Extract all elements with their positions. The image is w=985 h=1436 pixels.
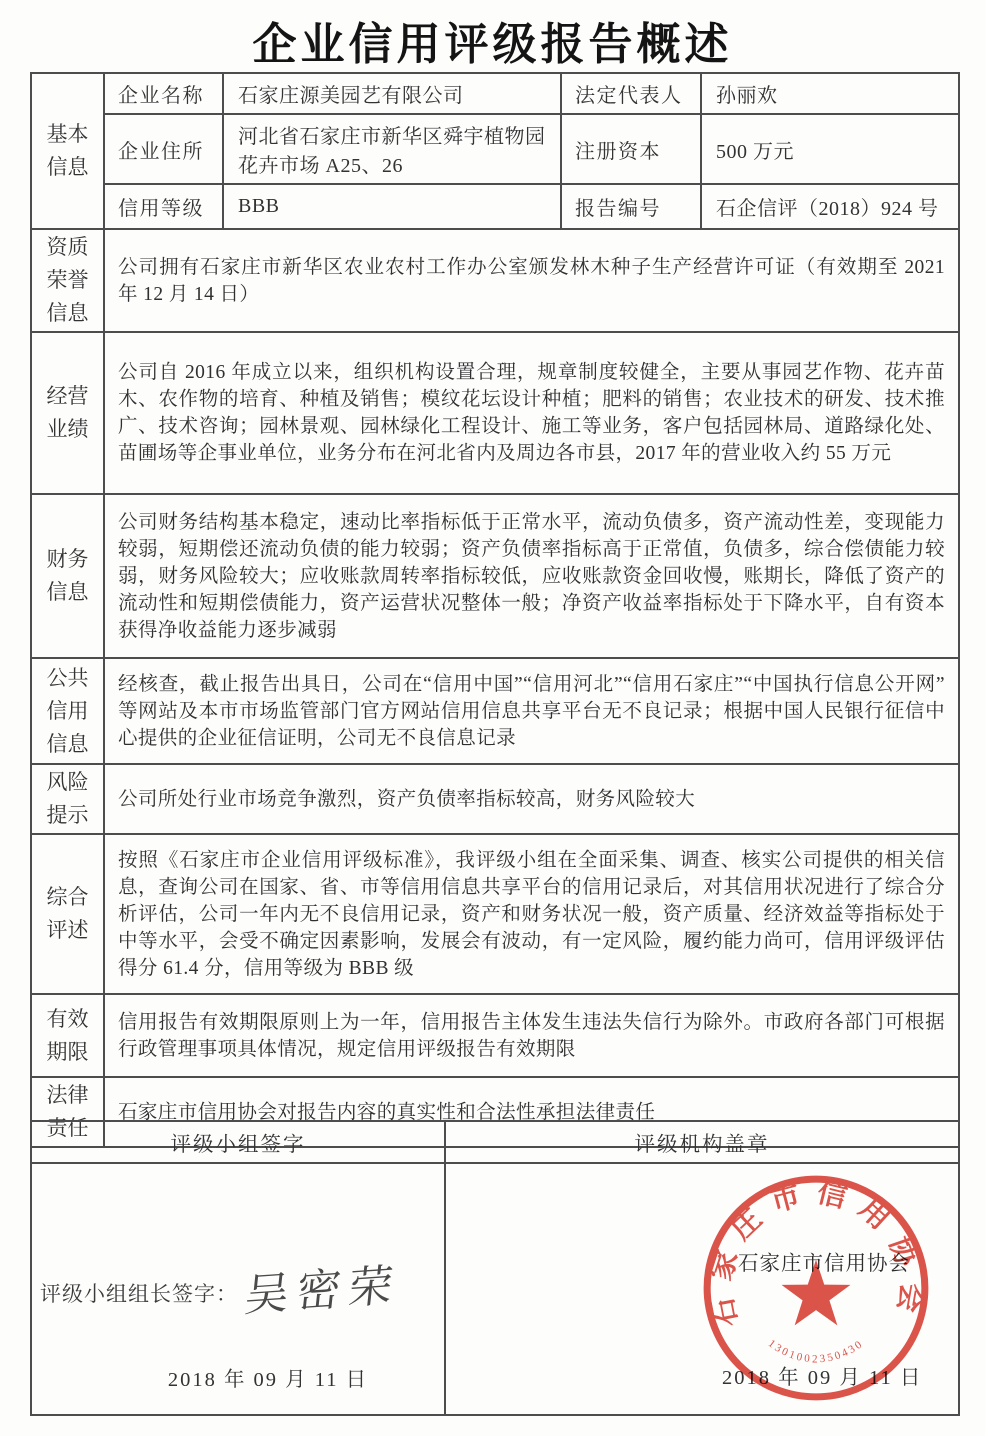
section-content-honors: 公司拥有石家庄市新华区农业农村工作办公室颁发林木种子生产经营许可证（有效期至 2…: [104, 229, 959, 332]
table-row: 综合评述 按照《石家庄市企业信用评级标准》，我评级小组在全面采集、调查、核实公司…: [31, 834, 959, 994]
cell-legal-rep: 孙丽欢: [701, 73, 959, 114]
section-label-honors: 资质荣誉信息: [31, 229, 104, 332]
table-row: 信用等级 BBB 报告编号 石企信评（2018）924 号: [31, 184, 959, 229]
page-title: 企业信用评级报告概述: [0, 0, 985, 72]
table-row: 经营业绩 公司自 2016 年成立以来，组织机构设置合理，规章制度较健全，主要从…: [31, 332, 959, 494]
table-row: 企业住所 河北省石家庄市新华区舜宇植物园花卉市场 A25、26 注册资本 500…: [31, 114, 959, 184]
table-row: 评级小组组长签字：吴密荣 2018 年 09 月 11 日 石家庄市信用协会 2…: [31, 1163, 959, 1415]
leader-signature-label: 评级小组组长签字：: [40, 1282, 238, 1306]
field-legal-rep-label: 法定代表人: [561, 73, 701, 114]
field-address-label: 企业住所: [104, 114, 223, 184]
stamp-group: 石家庄市信用协会 1301002350430: [704, 1174, 929, 1396]
cell-rating: BBB: [223, 184, 561, 229]
cell-capital: 500 万元: [701, 114, 959, 184]
table-row: 风险提示 公司所处行业市场竞争激烈，资产负债率指标较高，财务风险较大: [31, 764, 959, 834]
field-rating-label: 信用等级: [104, 184, 223, 229]
official-red-stamp: 石家庄市信用协会 1301002350430: [690, 1162, 942, 1414]
section-content-overall: 按照《石家庄市企业信用评级标准》，我评级小组在全面采集、调查、核实公司提供的相关…: [104, 834, 959, 994]
cell-report-no: 石企信评（2018）924 号: [701, 184, 959, 229]
stamp-code-text: 1301002350430: [766, 1337, 866, 1365]
section-content-performance: 公司自 2016 年成立以来，组织机构设置合理，规章制度较健全，主要从事园艺作物…: [104, 332, 959, 494]
cell-address: 河北省石家庄市新华区舜宇植物园花卉市场 A25、26: [223, 114, 561, 184]
section-label-basic-info: 基本信息: [31, 73, 104, 229]
signature-table: 评级小组签字 评级机构盖章 评级小组组长签字：吴密荣 2018 年 09 月 1…: [30, 1120, 960, 1416]
section-label-public-credit: 公共信用信息: [31, 658, 104, 764]
section-content-public-credit: 经核查，截止报告出具日，公司在“信用中国”“信用河北”“信用石家庄”“中国执行信…: [104, 658, 959, 764]
report-table: 基本信息 企业名称 石家庄源美园艺有限公司 法定代表人 孙丽欢 企业住所 河北省…: [30, 72, 960, 1148]
table-row: 评级小组签字 评级机构盖章: [31, 1121, 959, 1163]
report-page: 企业信用评级报告概述 基本信息 企业名称 石家庄源美园艺有限公司 法定代表人 孙…: [0, 0, 985, 1436]
field-report-no-label: 报告编号: [561, 184, 701, 229]
handwritten-signature: 吴密荣: [242, 1248, 404, 1324]
section-label-performance: 经营业绩: [31, 332, 104, 494]
table-row: 基本信息 企业名称 石家庄源美园艺有限公司 法定代表人 孙丽欢: [31, 73, 959, 114]
team-signature-date: 2018 年 09 月 11 日: [32, 1362, 444, 1392]
stamp-star-icon: [782, 1260, 851, 1326]
cell-company-name: 石家庄源美园艺有限公司: [223, 73, 561, 114]
table-row: 资质荣誉信息 公司拥有石家庄市新华区农业农村工作办公室颁发林木种子生产经营许可证…: [31, 229, 959, 332]
table-row: 公共信用信息 经核查，截止报告出具日，公司在“信用中国”“信用河北”“信用石家庄…: [31, 658, 959, 764]
leader-signature-row: 评级小组组长签字：吴密荣: [40, 1260, 398, 1324]
section-content-validity: 信用报告有效期限原则上为一年，信用报告主体发生违法失信行为除外。市政府各部门可根…: [104, 994, 959, 1077]
field-capital-label: 注册资本: [561, 114, 701, 184]
agency-seal-cell: 石家庄市信用协会 2018 年 09 月 11 日 石家庄市信用协会 13010…: [445, 1163, 959, 1415]
team-signature-cell: 评级小组组长签字：吴密荣 2018 年 09 月 11 日: [31, 1163, 445, 1415]
section-label-risk: 风险提示: [31, 764, 104, 834]
section-content-finance: 公司财务结构基本稳定，速动比率指标低于正常水平，流动负债多，资产流动性差，变现能…: [104, 494, 959, 658]
section-label-finance: 财务信息: [31, 494, 104, 658]
section-label-overall: 综合评述: [31, 834, 104, 994]
field-company-name-label: 企业名称: [104, 73, 223, 114]
header-agency-seal: 评级机构盖章: [445, 1121, 959, 1163]
table-row: 有效期限 信用报告有效期限原则上为一年，信用报告主体发生违法失信行为除外。市政府…: [31, 994, 959, 1077]
header-team-signature: 评级小组签字: [31, 1121, 445, 1163]
table-row: 财务信息 公司财务结构基本稳定，速动比率指标低于正常水平，流动负债多，资产流动性…: [31, 494, 959, 658]
section-label-validity: 有效期限: [31, 994, 104, 1077]
section-content-risk: 公司所处行业市场竞争激烈，资产负债率指标较高，财务风险较大: [104, 764, 959, 834]
